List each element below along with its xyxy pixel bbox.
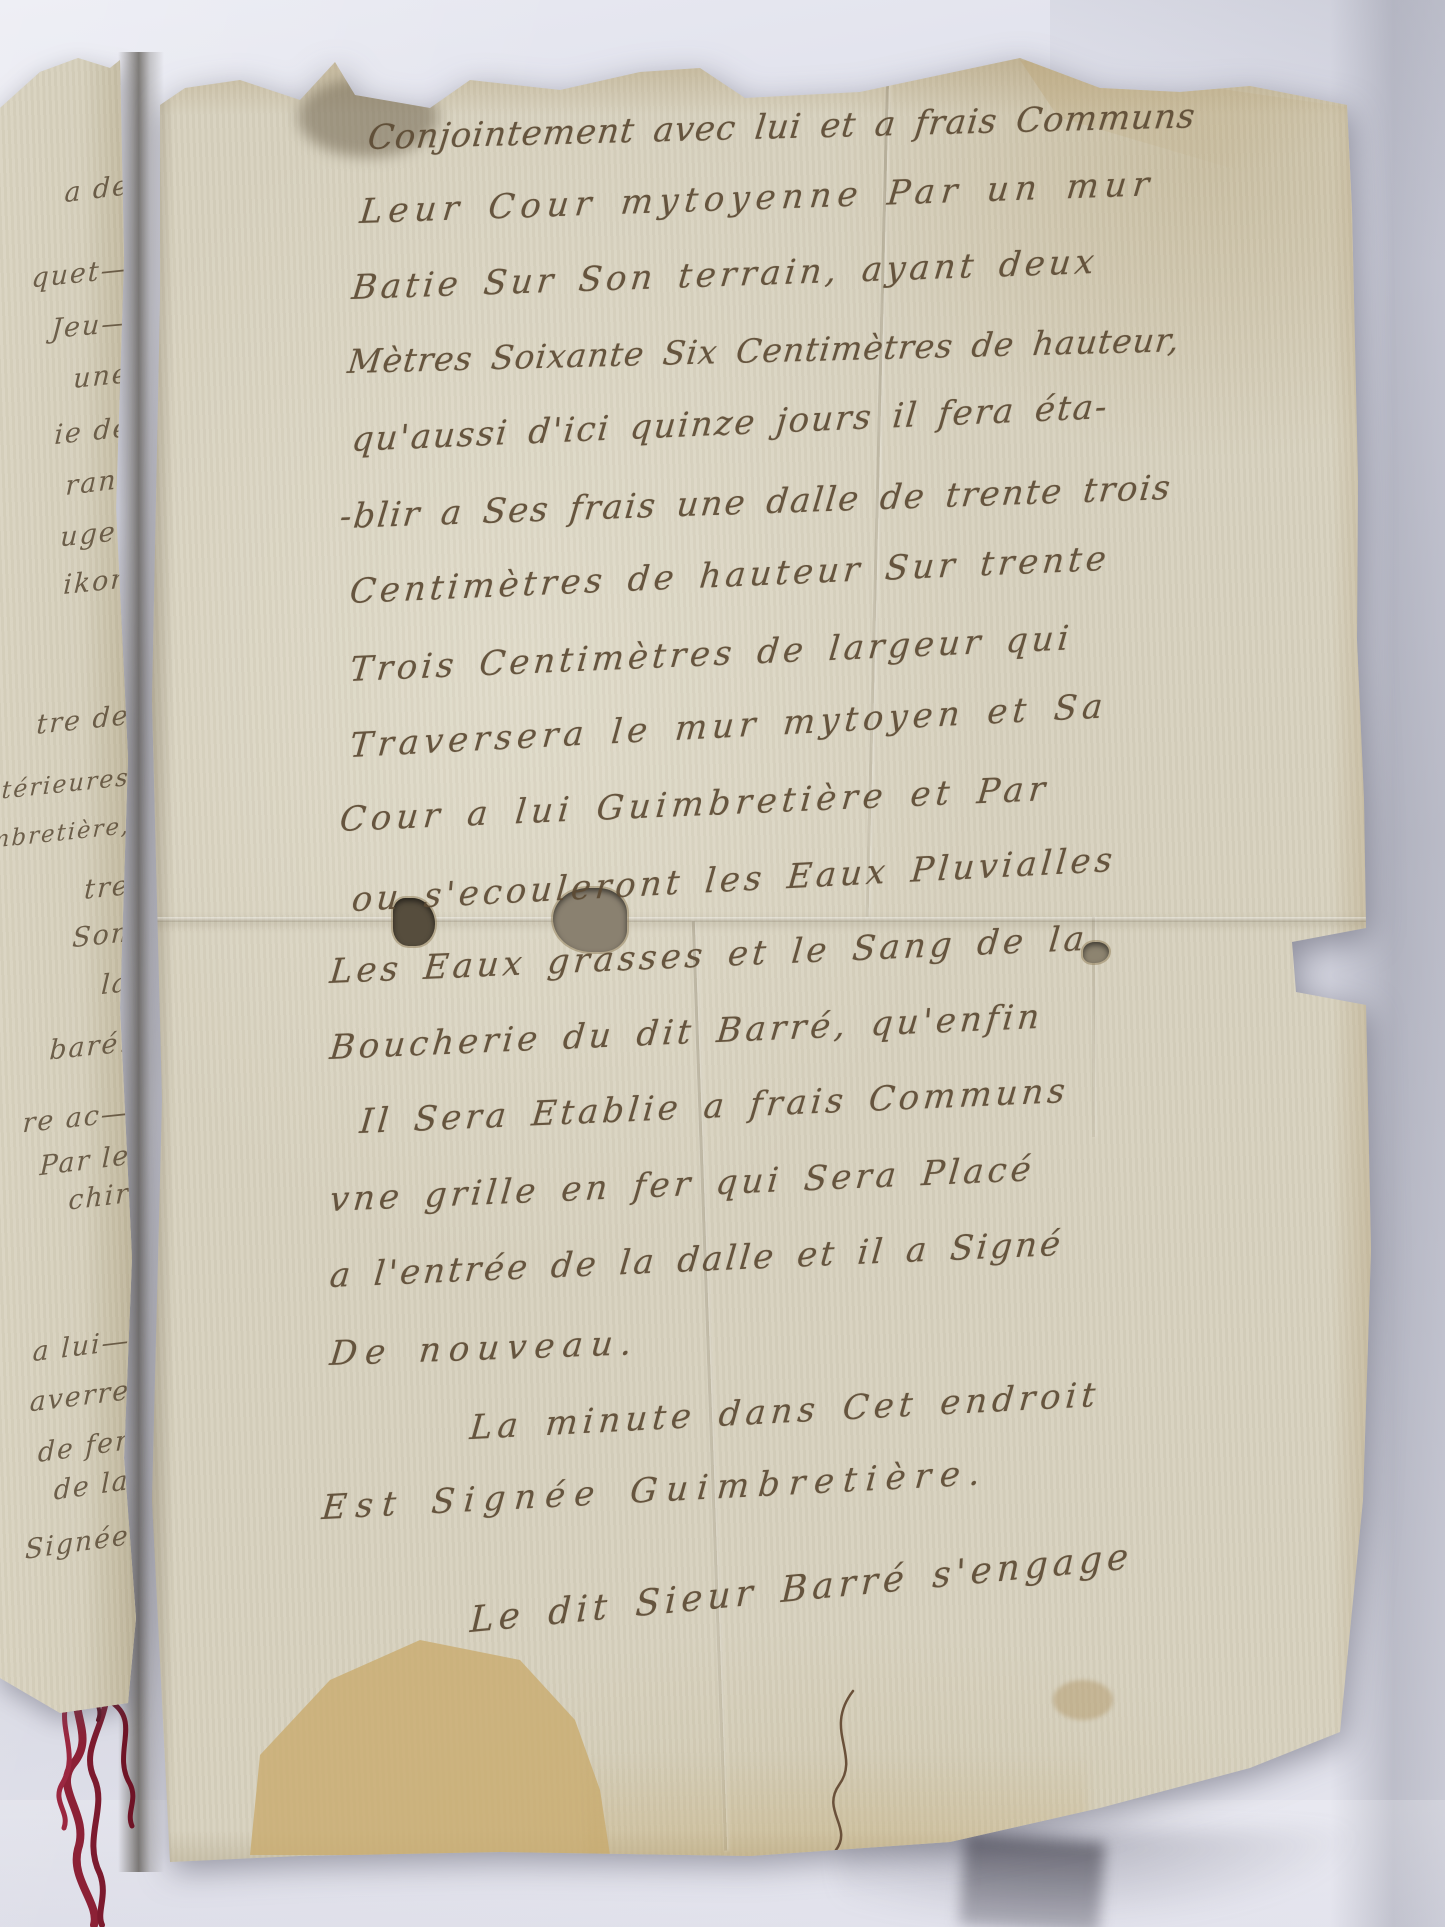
left-page-fragment: Son (71, 917, 130, 954)
left-page-fragment: quet— (31, 253, 131, 295)
manuscript-line: De nouveau. (328, 1323, 642, 1374)
manuscript-page: Conjointement avec lui et a frais Commun… (148, 55, 1378, 1870)
left-page-fragment: rant (65, 463, 131, 502)
manuscript-line: Centimètres de hauteur Sur trente (348, 539, 1112, 612)
left-page-paper: a de quet— Jeu— une ie de rant uget ikon… (0, 58, 150, 1713)
left-page-fragment: Jeu— (50, 307, 131, 345)
left-page-fragment: térieures (1, 763, 130, 805)
left-page-edge: a de quet— Jeu— une ie de rant uget ikon… (0, 58, 150, 1713)
manuscript-line: vne grille en fer qui Sera Placé (328, 1149, 1037, 1220)
manuscript-line: Cour a lui Guimbretière et Par (338, 769, 1052, 840)
torn-edge-right (1332, 55, 1378, 1870)
manuscript-line: ou s'ecouleront les Eaux Pluvialles (350, 840, 1118, 920)
manuscript-line: La minute dans Cet endroit (468, 1375, 1102, 1448)
manuscript-line: Boucherie du dit Barré, qu'enfin (328, 997, 1045, 1068)
left-page-fragment: mbretière, (0, 813, 131, 854)
paraph-squiggle (803, 1685, 873, 1865)
left-page-fragment: une (73, 358, 131, 395)
horizontal-fold-crease (150, 917, 1366, 922)
fold-edge-left (148, 55, 174, 1870)
manuscript-line: Il Sera Etablie a frais Communs (358, 1071, 1071, 1142)
manuscript-line: Traversera le mur mytoyen et Sa (348, 686, 1109, 766)
manuscript-line: Les Eaux grasses et le Sang de la (328, 919, 1090, 992)
manuscript-line: Mètres Soixante Six Centimètres de haute… (346, 320, 1182, 381)
left-page-fragment: a lui— (32, 1325, 131, 1368)
left-page-fragment: Signée (25, 1520, 130, 1566)
left-page-fragment: de la (54, 1465, 130, 1507)
left-page-fragment: baré. (49, 1027, 131, 1067)
left-page-fragment: tre de (36, 700, 131, 741)
manuscript-paper: Conjointement avec lui et a frais Commun… (148, 55, 1378, 1870)
left-page-fragment: averre (29, 1375, 130, 1419)
manuscript-line: a l'entrée de la dalle et il a Signé (328, 1224, 1065, 1296)
left-page-fragment: de fer (38, 1425, 130, 1469)
vertical-crease-bottom (692, 921, 727, 1851)
water-stain (243, 1633, 623, 1865)
left-page-fragment: chir (68, 1178, 131, 1217)
manuscript-line: qu'aussi d'ici quinze jours il fera éta- (350, 387, 1110, 460)
manuscript-line: Le dit Sieur Barré s'engage (469, 1536, 1134, 1641)
manuscript-line: -blir a Ses frais une dalle de trente tr… (338, 468, 1174, 537)
left-page-fragment: la (101, 967, 131, 1001)
stain-spot (1053, 1680, 1113, 1720)
manuscript-line: Est Signée Guimbretière. (320, 1453, 990, 1528)
left-page-fragment: ie de (53, 412, 131, 451)
left-page-fragment: a de (64, 170, 131, 209)
manuscript-line: Leur Cour mytoyenne Par un mur (358, 164, 1157, 232)
left-page-fragment: re ac— (22, 1097, 131, 1140)
left-page-fragment: tre (84, 870, 131, 906)
left-page-fragment: ikon (63, 563, 131, 601)
left-page-fragment: uget (60, 515, 131, 554)
manuscript-line: Trois Centimètres de largeur qui (348, 618, 1074, 690)
left-page-fragment: Par le (39, 1140, 131, 1182)
manuscript-line: Batie Sur Son terrain, ayant deux (350, 242, 1100, 308)
